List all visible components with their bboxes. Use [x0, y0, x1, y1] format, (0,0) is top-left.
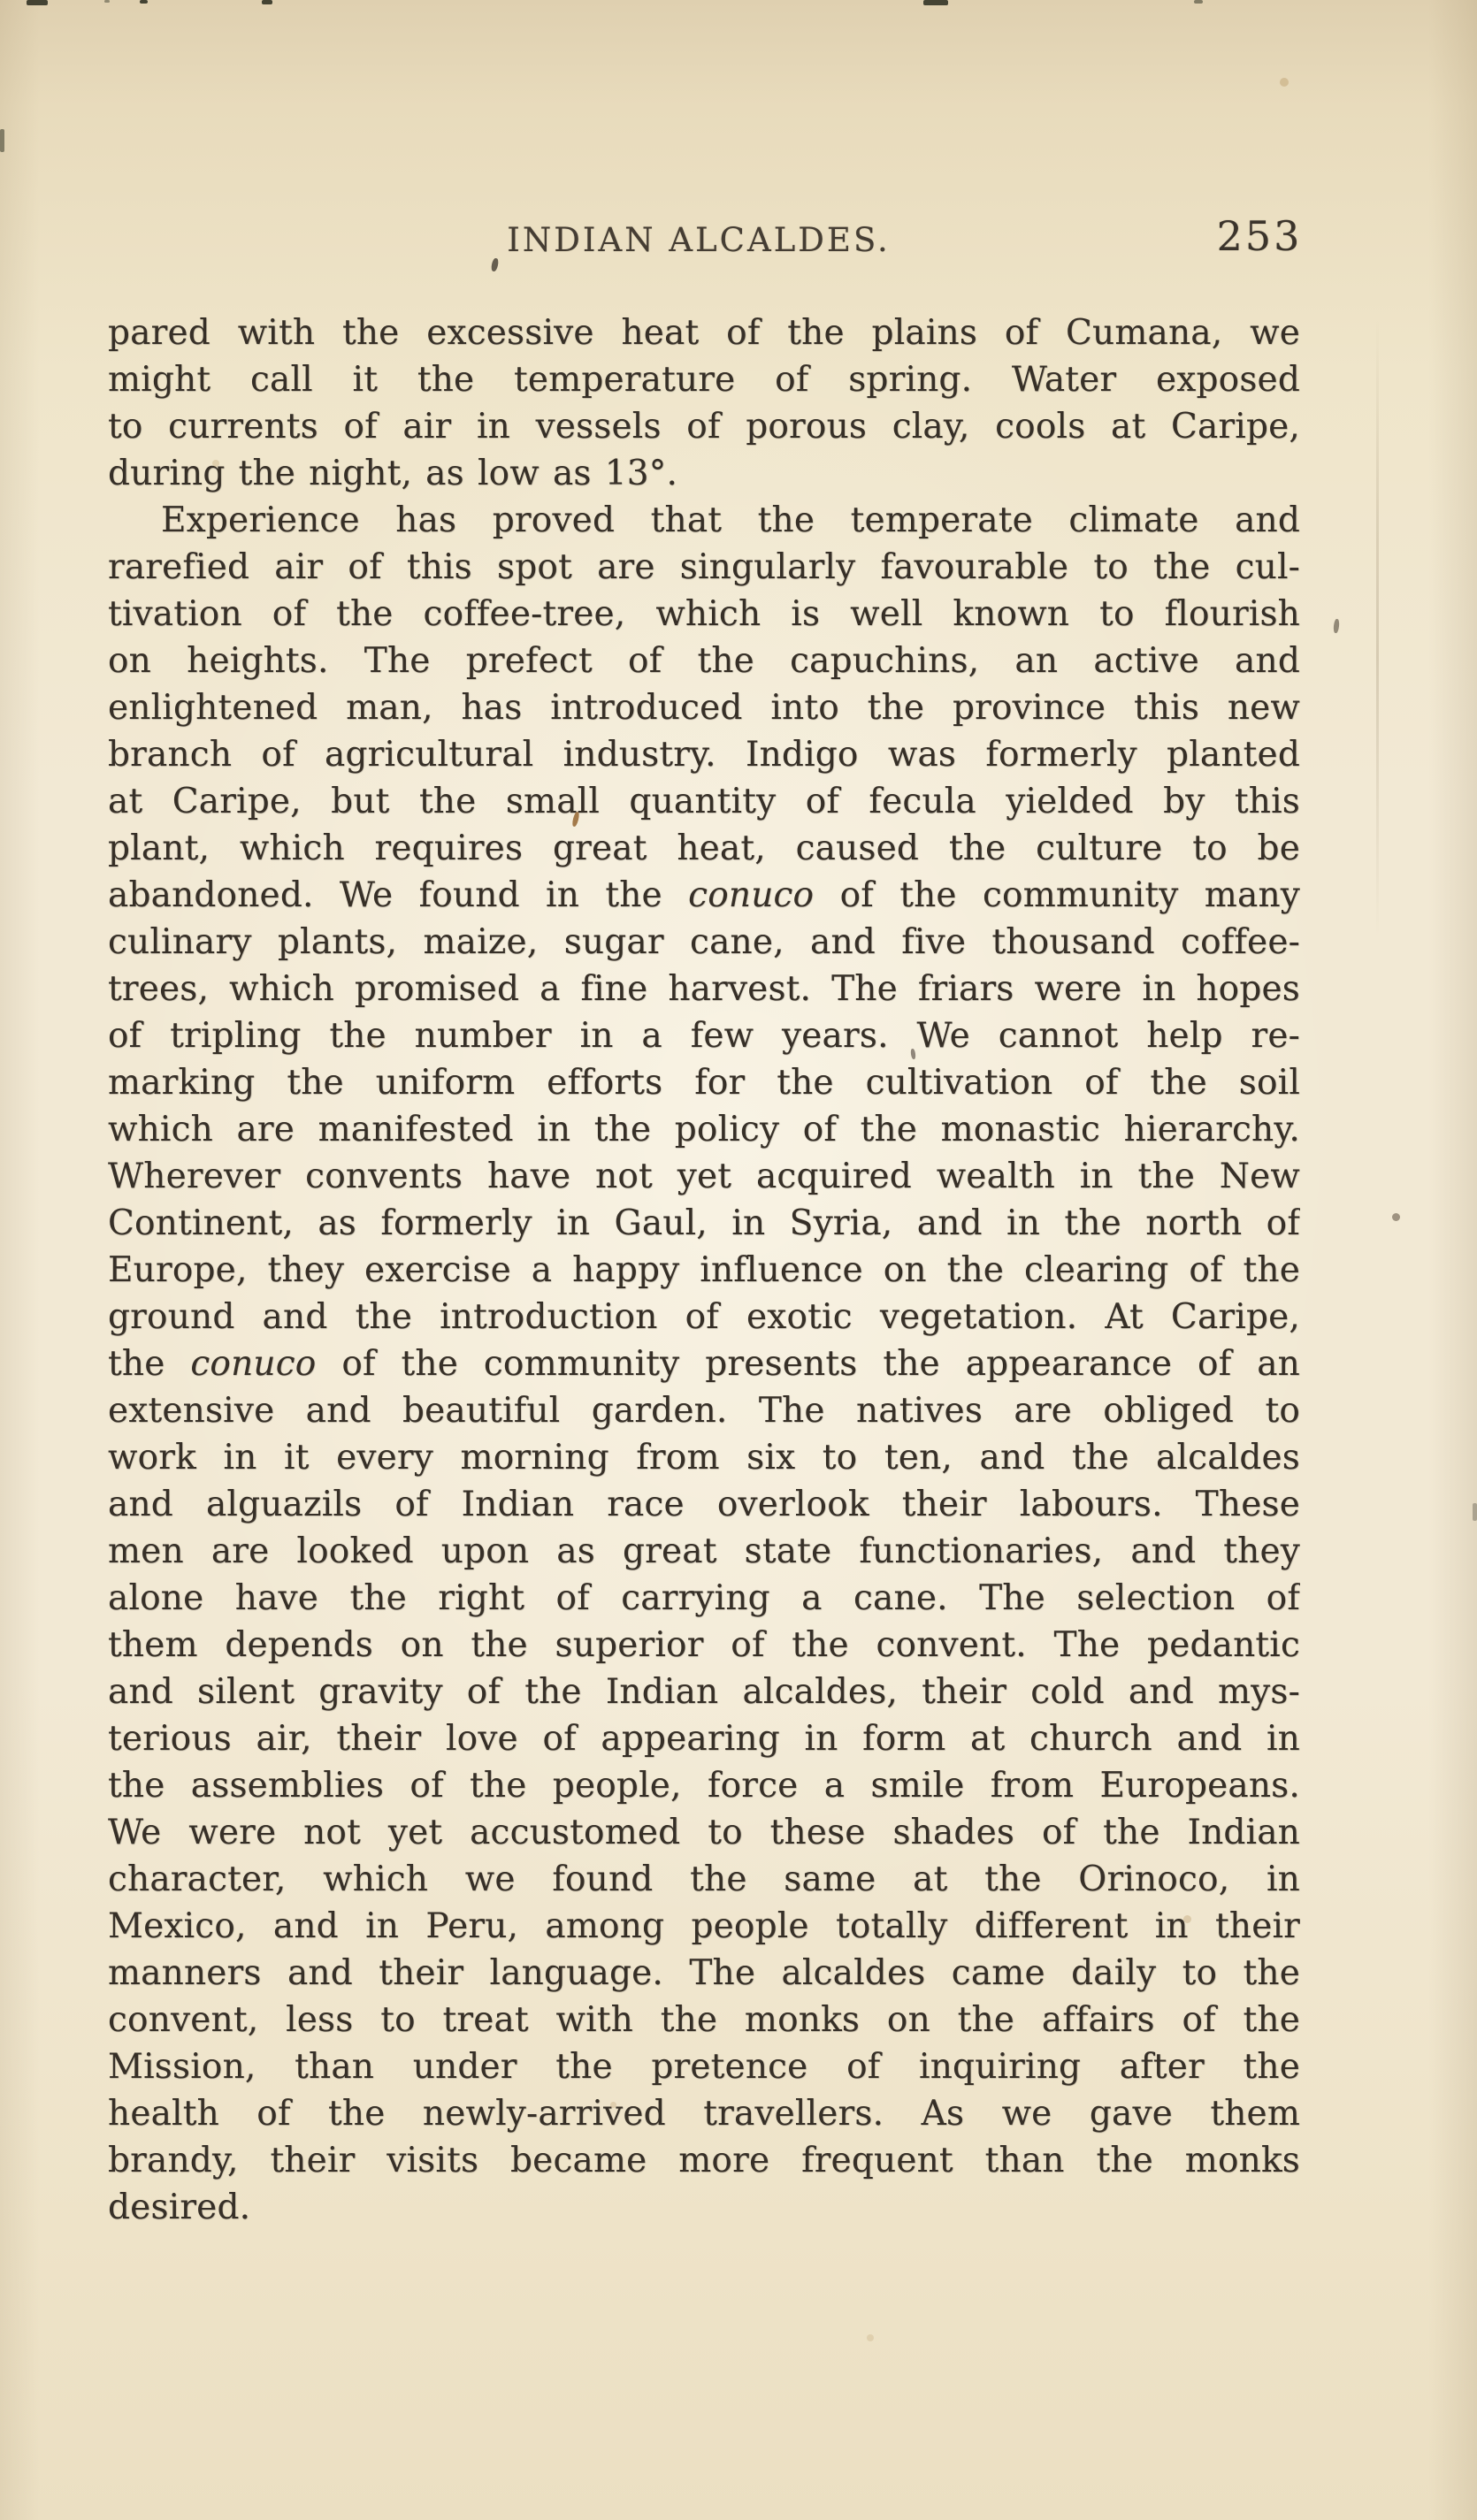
text-line: work in it every morning from six to ten… — [108, 1434, 1300, 1481]
text-line: trees, which promised a fine harvest. Th… — [108, 966, 1300, 1012]
page-body: pared with the excessive heat of the pla… — [108, 309, 1300, 2231]
paper-speck — [867, 2334, 874, 2341]
scan-edge-artifact — [140, 0, 148, 4]
text-line: Europe, they exercise a happy influence … — [108, 1247, 1300, 1294]
ink-speck — [491, 257, 500, 271]
scan-edge-artifact — [923, 0, 948, 5]
text-line: alone have the right of carrying a cane.… — [108, 1575, 1300, 1622]
text-line: extensive and beautiful garden. The nati… — [108, 1387, 1300, 1434]
text-line: brandy, their visits became more frequen… — [108, 2137, 1300, 2184]
scan-edge-artifact — [104, 0, 110, 3]
text-line: to currents of air in vessels of porous … — [108, 403, 1300, 450]
text-line: character, which we found the same at th… — [108, 1856, 1300, 1903]
text-line: the conuco of the community presents the… — [108, 1340, 1300, 1387]
text-line: health of the newly-arrived travellers. … — [108, 2090, 1300, 2137]
scan-edge-artifact — [1194, 0, 1203, 4]
text-line: of tripling the number in a few years. W… — [108, 1012, 1300, 1059]
text-line: Mission, than under the pretence of inqu… — [108, 2043, 1300, 2090]
text-line: convent, less to treat with the monks on… — [108, 1997, 1300, 2043]
text-line: tivation of the coffee-tree, which is we… — [108, 591, 1300, 638]
text-line: culinary plants, maize, sugar cane, and … — [108, 919, 1300, 966]
text-line: terious air, their love of appearing in … — [108, 1715, 1300, 1762]
ink-speck — [1333, 619, 1340, 634]
text-line: branch of agricultural industry. Indigo … — [108, 731, 1300, 778]
text-line: We were not yet accustomed to these shad… — [108, 1809, 1300, 1856]
book-page: INDIAN ALCALDES. 253 pared with the exce… — [0, 0, 1477, 2520]
text-line: manners and their language. The alcaldes… — [108, 1950, 1300, 1997]
text-line: the assemblies of the people, force a sm… — [108, 1762, 1300, 1809]
text-line: Continent, as formerly in Gaul, in Syria… — [108, 1200, 1300, 1247]
text-line: plant, which requires great heat, caused… — [108, 825, 1300, 872]
page-number: 253 — [1215, 212, 1304, 260]
text-line: Mexico, and in Peru, among people totall… — [108, 1903, 1300, 1950]
running-header-title: INDIAN ALCALDES. — [491, 221, 907, 259]
text-line: rarefied air of this spot are singularly… — [108, 544, 1300, 591]
scan-edge-artifact — [1473, 1503, 1477, 1521]
text-line: and alguazils of Indian race overlook th… — [108, 1481, 1300, 1528]
text-line: Experience has proved that the temperate… — [108, 497, 1300, 544]
text-line: and silent gravity of the Indian alcalde… — [108, 1669, 1300, 1715]
text-line: which are manifested in the policy of th… — [108, 1106, 1300, 1153]
text-line: during the night, as low as 13°. — [108, 450, 1300, 497]
text-line: abandoned. We found in the conuco of the… — [108, 872, 1300, 919]
text-line: on heights. The prefect of the capuchins… — [108, 638, 1300, 684]
text-line: them depends on the superior of the conv… — [108, 1622, 1300, 1669]
scan-edge-artifact — [27, 0, 48, 5]
text-line: men are looked upon as great state funct… — [108, 1528, 1300, 1575]
text-line: desired. — [108, 2184, 1300, 2231]
text-line: enlightened man, has introduced into the… — [108, 684, 1300, 731]
text-line: marking the uniform efforts for the cult… — [108, 1059, 1300, 1106]
text-line: pared with the excessive heat of the pla… — [108, 309, 1300, 356]
text-line: at Caripe, but the small quantity of fec… — [108, 778, 1300, 825]
paper-speck — [1280, 78, 1289, 87]
text-line: might call it the temperature of spring.… — [108, 356, 1300, 403]
scan-edge-artifact — [0, 129, 4, 152]
ink-speck — [1392, 1213, 1400, 1221]
text-line: ground and the introduction of exotic ve… — [108, 1294, 1300, 1340]
scan-edge-artifact — [262, 0, 272, 4]
paper-crease — [1376, 318, 1379, 937]
text-line: Wherever convents have not yet acquired … — [108, 1153, 1300, 1200]
